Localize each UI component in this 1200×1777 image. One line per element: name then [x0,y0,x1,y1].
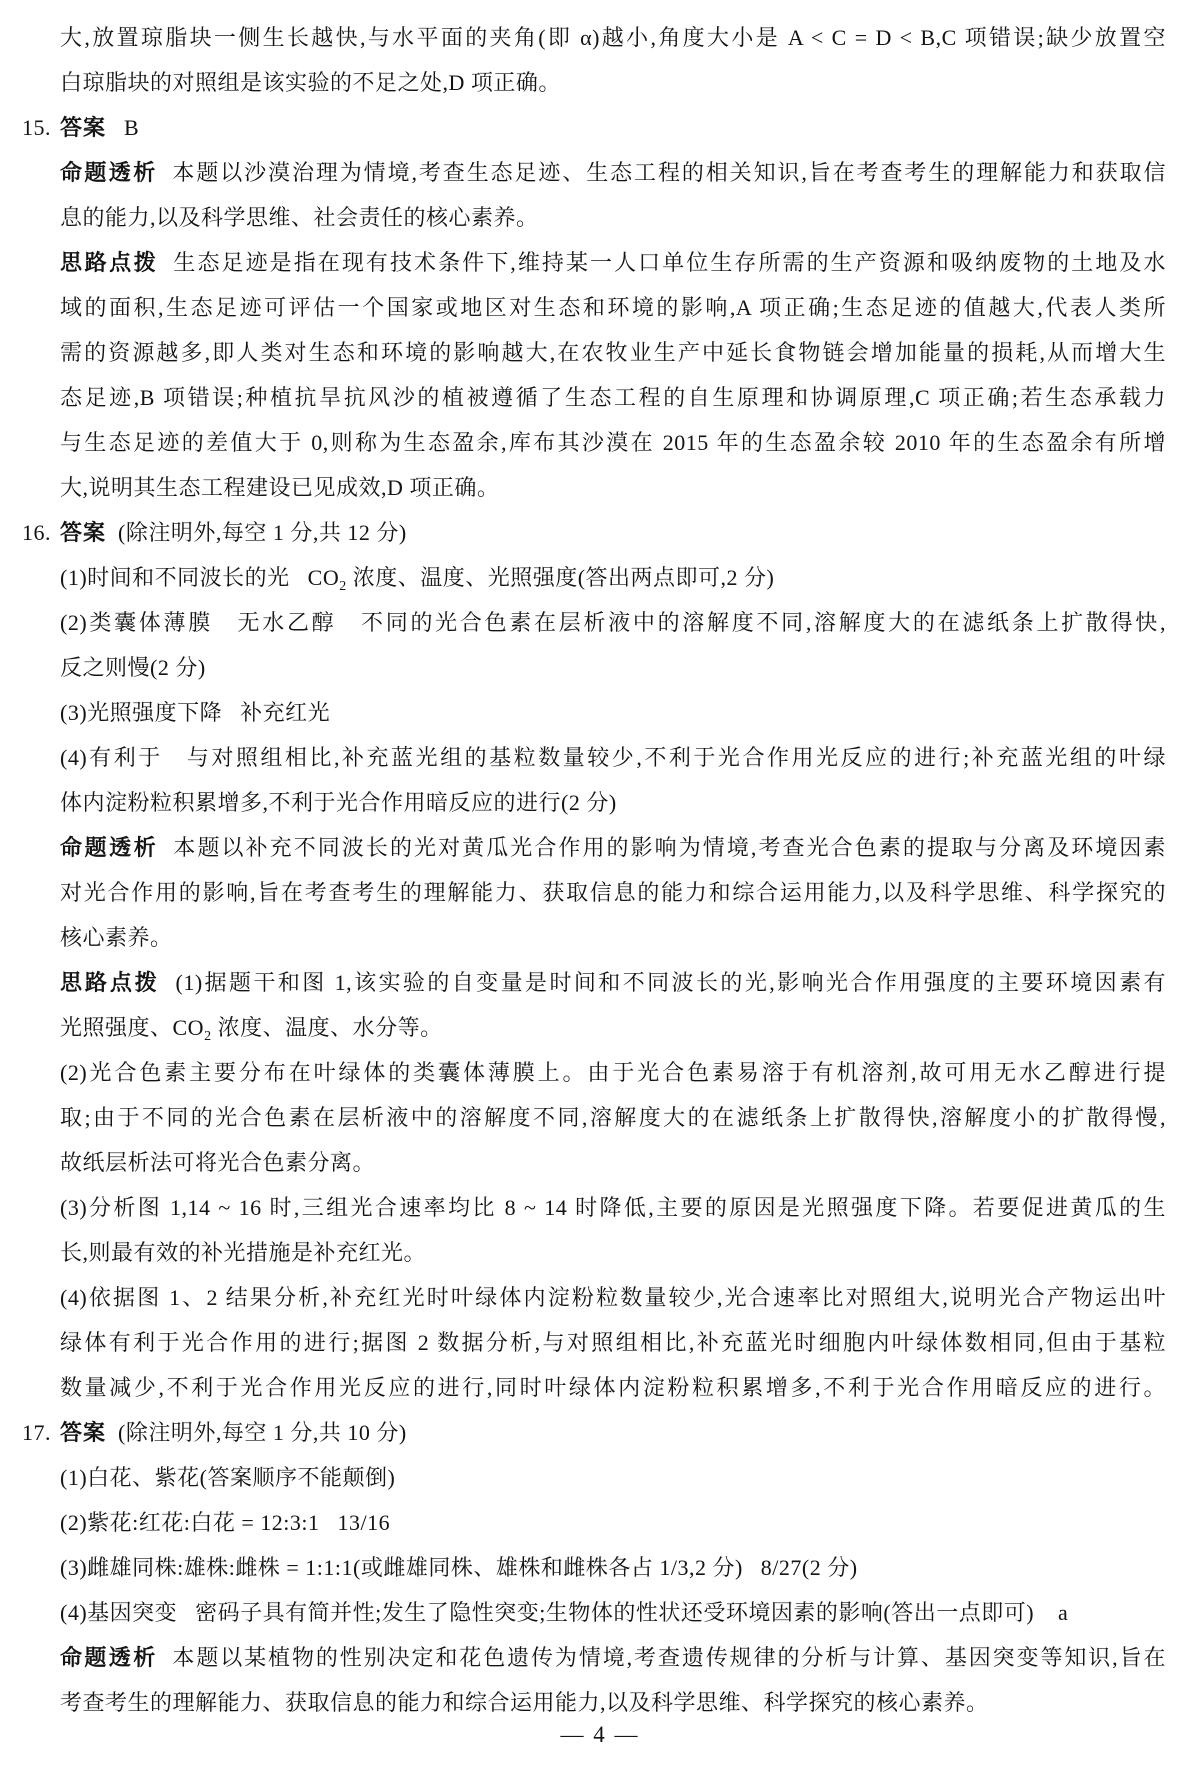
body-text: 体内淀粉粒积累增多,不利于光合作用暗反应的进行(2 分) [60,790,617,815]
text-line: 取;由于不同的光合色素在层析液中的溶解度不同,溶解度大的在滤纸条上扩散得快,溶解… [60,1095,1166,1140]
text-line: 命题透析 本题以补充不同波长的光对黄瓜光合作用的影响为情境,考查光合色素的提取与… [60,825,1166,870]
body-text: 本题以某植物的性别决定和花色遗传为情境,考查遗传规律的分析与计算、基因突变等知识… [158,1645,1166,1670]
text-line: 17.答案 (除注明外,每空 1 分,共 10 分) [60,1410,1166,1455]
body-text: 2 [339,579,347,594]
text-line: 白琼脂块的对照组是该实验的不足之处,D 项正确。 [60,60,1166,105]
text-line: (2)紫花:红花:白花 = 12:3:1 13/16 [60,1500,1166,1545]
body-text: 浓度、温度、光照强度(答出两点即可,2 分) [347,565,775,590]
text-line: 光照强度、CO2 浓度、温度、水分等。 [60,1005,1166,1050]
text-line: 绿体有利于光合作用的进行;据图 2 数据分析,与对照组相比,补充蓝光时细胞内叶绿… [60,1320,1166,1365]
text-line: 大,放置琼脂块一侧生长越快,与水平面的夹角(即 α)越小,角度大小是 A < C… [60,15,1166,60]
text-line: (1)时间和不同波长的光 CO2 浓度、温度、光照强度(答出两点即可,2 分) [60,555,1166,600]
text-line: 反之则慢(2 分) [60,645,1166,690]
body-text: (除注明外,每空 1 分,共 12 分) [106,520,407,545]
body-text: (3)雌雄同株:雄株:雌株 = 1:1:1(或雌雄同株、雄株和雌株各占 1/3,… [60,1555,858,1580]
text-line: 长,则最有效的补光措施是补充红光。 [60,1230,1166,1275]
body-text: (3)光照强度下降 补充红光 [60,700,330,725]
text-line: 体内淀粉粒积累增多,不利于光合作用暗反应的进行(2 分) [60,780,1166,825]
text-line: (2)光合色素主要分布在叶绿体的类囊体薄膜上。由于光合色素易溶于有机溶剂,故可用… [60,1050,1166,1095]
body-text: 本题以沙漠治理为情境,考查生态足迹、生态工程的相关知识,旨在考查考生的理解能力和… [158,160,1166,185]
body-text: 息的能力,以及科学思维、社会责任的核心素养。 [60,205,539,230]
text-line: 核心素养。 [60,915,1166,960]
text-line: 16.答案 (除注明外,每空 1 分,共 12 分) [60,510,1166,555]
body-text: (1)白花、紫花(答案顺序不能颠倒) [60,1465,395,1490]
body-text: 本题以补充不同波长的光对黄瓜光合作用的影响为情境,考查光合色素的提取与分离及环境… [158,835,1166,860]
body-text: 浓度、温度、水分等。 [212,1015,443,1040]
body-text: (4)基因突变 密码子具有简并性;发生了隐性突变;生物体的性状还受环境因素的影响… [60,1600,1068,1625]
text-line: 态足迹,B 项错误;种植抗旱抗风沙的植被遵循了生态工程的自生原理和协调原理,C … [60,375,1166,420]
text-line: 大,说明其生态工程建设已见成效,D 项正确。 [60,465,1166,510]
body-text: 域的面积,生态足迹可评估一个国家或地区对生态和环境的影响,A 项正确;生态足迹的… [60,295,1166,320]
text-line: 息的能力,以及科学思维、社会责任的核心素养。 [60,195,1166,240]
heading-text: 答案 [60,115,106,140]
body-text: 反之则慢(2 分) [60,655,206,680]
text-line: 数量减少,不利于光合作用光反应的进行,同时叶绿体内淀粉粒积累增多,不利于光合作用… [60,1365,1166,1410]
body-text: 取;由于不同的光合色素在层析液中的溶解度不同,溶解度大的在滤纸条上扩散得快,溶解… [60,1105,1166,1130]
text-line: 思路点拨 生态足迹是指在现有技术条件下,维持某一人口单位生存所需的生产资源和吸纳… [60,240,1166,285]
heading-text: 思路点拨 [60,250,158,275]
body-text: 生态足迹是指在现有技术条件下,维持某一人口单位生存所需的生产资源和吸纳废物的土地… [158,250,1166,275]
body-text: (1)时间和不同波长的光 CO [60,565,339,590]
item-number: 16. [22,510,51,555]
document-body: 大,放置琼脂块一侧生长越快,与水平面的夹角(即 α)越小,角度大小是 A < C… [60,15,1166,1725]
body-text: 大,放置琼脂块一侧生长越快,与水平面的夹角(即 α)越小,角度大小是 A < C… [60,25,1166,50]
text-line: 15.答案 B [60,105,1166,150]
body-text: 白琼脂块的对照组是该实验的不足之处,D 项正确。 [60,70,561,95]
text-line: 域的面积,生态足迹可评估一个国家或地区对生态和环境的影响,A 项正确;生态足迹的… [60,285,1166,330]
text-line: (4)基因突变 密码子具有简并性;发生了隐性突变;生物体的性状还受环境因素的影响… [60,1590,1166,1635]
heading-text: 思路点拨 [60,970,160,995]
body-text: 数量减少,不利于光合作用光反应的进行,同时叶绿体内淀粉粒积累增多,不利于光合作用… [60,1375,1166,1400]
text-line: (3)雌雄同株:雄株:雌株 = 1:1:1(或雌雄同株、雄株和雌株各占 1/3,… [60,1545,1166,1590]
body-text: 绿体有利于光合作用的进行;据图 2 数据分析,与对照组相比,补充蓝光时细胞内叶绿… [60,1330,1166,1355]
page-number: — 4 — [0,1712,1200,1757]
text-line: (2)类囊体薄膜 无水乙醇 不同的光合色素在层析液中的溶解度不同,溶解度大的在滤… [60,600,1166,645]
text-line: (4)有利于 与对照组相比,补充蓝光组的基粒数量较少,不利于光合作用光反应的进行… [60,735,1166,780]
heading-text: 命题透析 [60,1645,158,1670]
text-line: (3)分析图 1,14 ~ 16 时,三组光合速率均比 8 ~ 14 时降低,主… [60,1185,1166,1230]
body-text: (2)紫花:红花:白花 = 12:3:1 13/16 [60,1510,390,1535]
item-number: 17. [22,1410,51,1455]
text-line: 故纸层析法可将光合色素分离。 [60,1140,1166,1185]
body-text: (4)有利于 与对照组相比,补充蓝光组的基粒数量较少,不利于光合作用光反应的进行… [60,745,1166,770]
body-text: (除注明外,每空 1 分,共 10 分) [106,1420,407,1445]
document-page: 大,放置琼脂块一侧生长越快,与水平面的夹角(即 α)越小,角度大小是 A < C… [0,0,1200,1777]
body-text: (3)分析图 1,14 ~ 16 时,三组光合速率均比 8 ~ 14 时降低,主… [60,1195,1166,1220]
body-text: (1)据题干和图 1,该实验的自变量是时间和不同波长的光,影响光合作用强度的主要… [160,970,1166,995]
heading-text: 答案 [60,1420,106,1445]
body-text: 光照强度、CO [60,1015,204,1040]
body-text: 2 [204,1029,212,1044]
text-line: 对光合作用的影响,旨在考查考生的理解能力、获取信息的能力和综合运用能力,以及科学… [60,870,1166,915]
item-number: 15. [22,105,51,150]
body-text: 长,则最有效的补光措施是补充红光。 [60,1240,426,1265]
body-text: (4)依据图 1、2 结果分析,补充红光时叶绿体内淀粉粒数量较少,光合速率比对照… [60,1285,1166,1310]
text-line: (3)光照强度下降 补充红光 [60,690,1166,735]
body-text: 故纸层析法可将光合色素分离。 [60,1150,375,1175]
text-line: 命题透析 本题以沙漠治理为情境,考查生态足迹、生态工程的相关知识,旨在考查考生的… [60,150,1166,195]
heading-text: 命题透析 [60,160,158,185]
body-text: (2)类囊体薄膜 无水乙醇 不同的光合色素在层析液中的溶解度不同,溶解度大的在滤… [60,610,1166,635]
text-line: 命题透析 本题以某植物的性别决定和花色遗传为情境,考查遗传规律的分析与计算、基因… [60,1635,1166,1680]
text-line: 思路点拨 (1)据题干和图 1,该实验的自变量是时间和不同波长的光,影响光合作用… [60,960,1166,1005]
text-line: 需的资源越多,即人类对生态和环境的影响越大,在农牧业生产中延长食物链会增加能量的… [60,330,1166,375]
body-text: 对光合作用的影响,旨在考查考生的理解能力、获取信息的能力和综合运用能力,以及科学… [60,880,1166,905]
body-text: (2)光合色素主要分布在叶绿体的类囊体薄膜上。由于光合色素易溶于有机溶剂,故可用… [60,1060,1166,1085]
text-line: 与生态足迹的差值大于 0,则称为生态盈余,库布其沙漠在 2015 年的生态盈余较… [60,420,1166,465]
heading-text: 命题透析 [60,835,158,860]
text-line: (4)依据图 1、2 结果分析,补充红光时叶绿体内淀粉粒数量较少,光合速率比对照… [60,1275,1166,1320]
body-text: 态足迹,B 项错误;种植抗旱抗风沙的植被遵循了生态工程的自生原理和协调原理,C … [60,385,1166,410]
body-text: 与生态足迹的差值大于 0,则称为生态盈余,库布其沙漠在 2015 年的生态盈余较… [60,430,1166,455]
body-text: B [106,115,139,140]
body-text: 核心素养。 [60,925,173,950]
body-text: 大,说明其生态工程建设已见成效,D 项正确。 [60,475,499,500]
heading-text: 答案 [60,520,106,545]
body-text: 需的资源越多,即人类对生态和环境的影响越大,在农牧业生产中延长食物链会增加能量的… [60,340,1166,365]
text-line: (1)白花、紫花(答案顺序不能颠倒) [60,1455,1166,1500]
